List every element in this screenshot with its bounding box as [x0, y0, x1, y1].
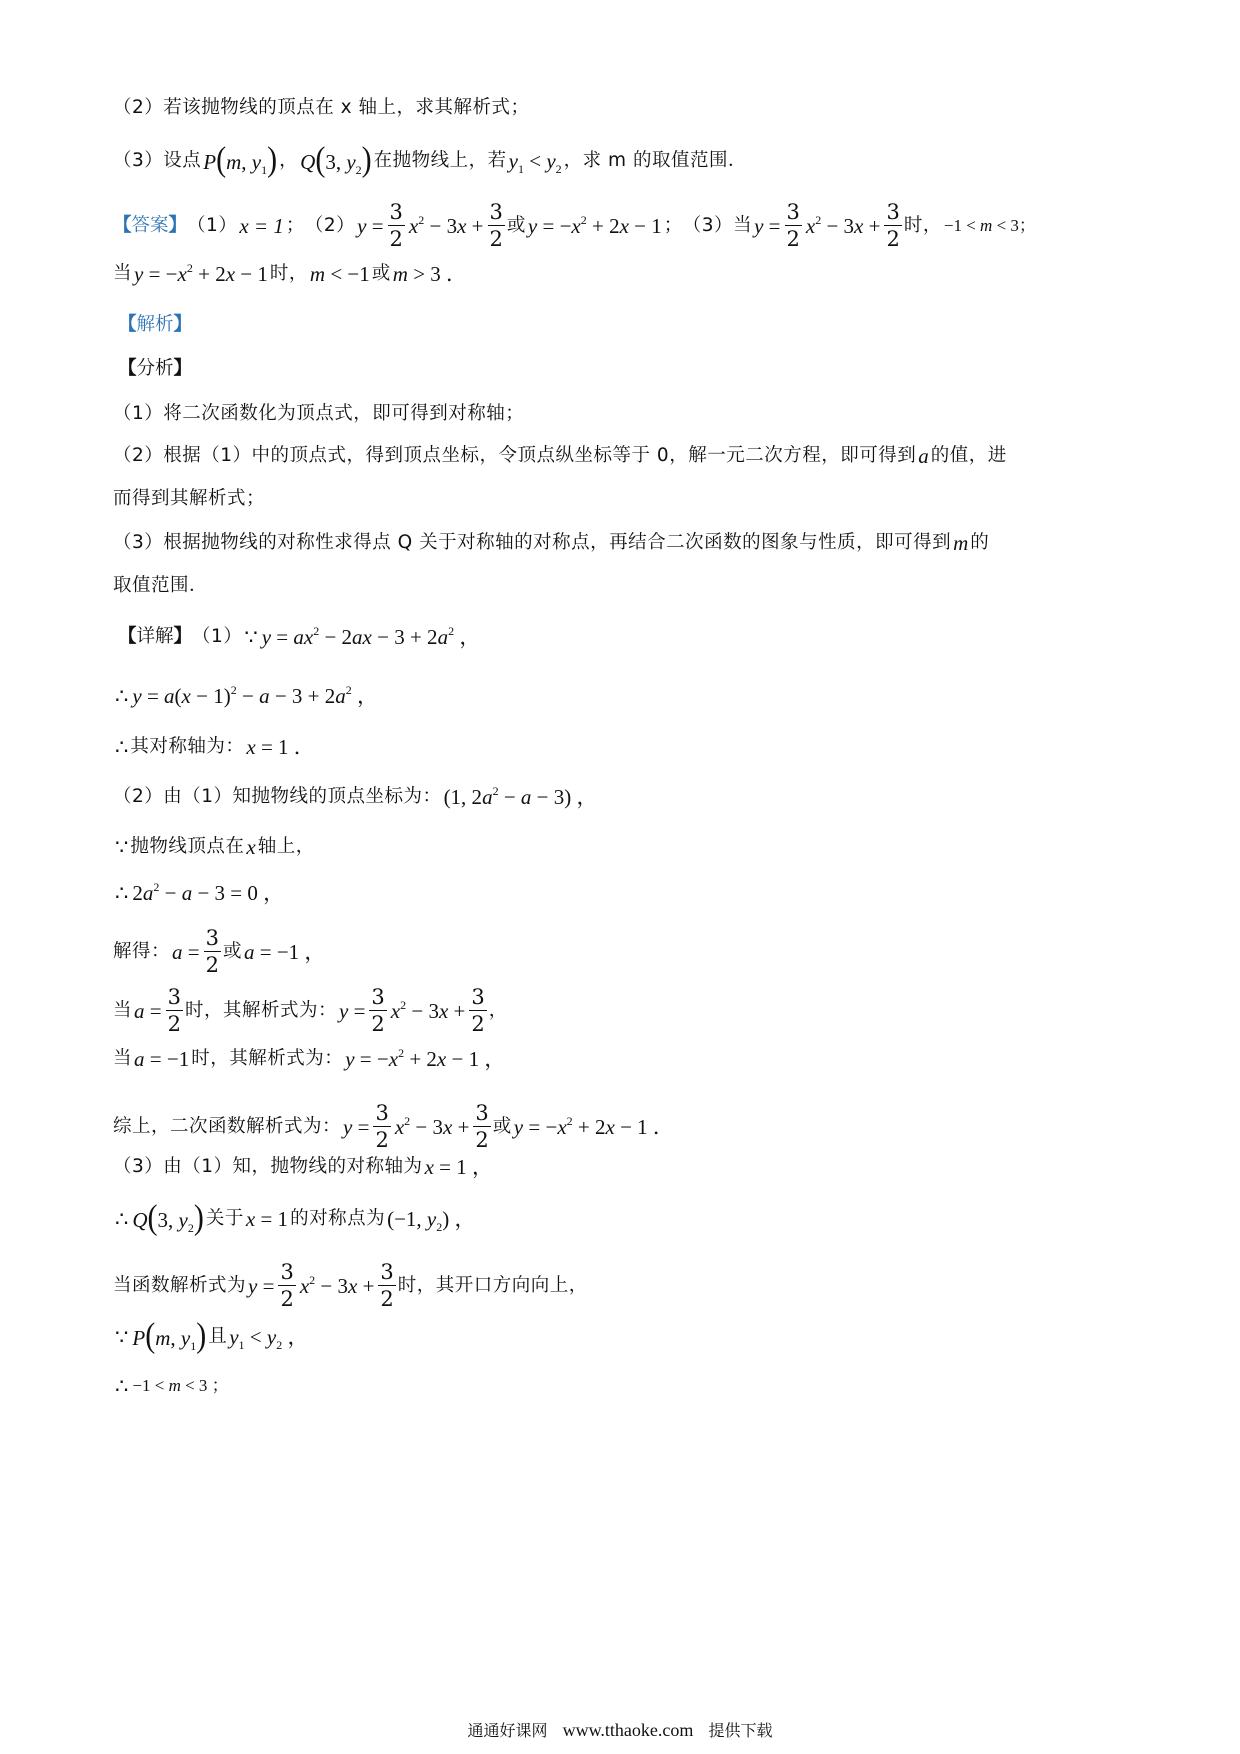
question-number: （3） [113, 147, 163, 175]
detail-expr: x = 1 ， [423, 1153, 495, 1181]
detail-expr: a = −1 ， [242, 938, 327, 966]
detail-text: 且 [208, 1323, 227, 1351]
detail-expr: y = [341, 1113, 371, 1141]
analysis-text: （1）将二次函数化为顶点式，即可得到对称轴； [113, 400, 524, 428]
fraction: 32 [373, 1103, 390, 1151]
analysis-item-3: （3）根据抛物线的对称性求得点 Q 关于对称轴的对称点，再结合二次函数的图象与性… [113, 529, 989, 557]
separator: ， [489, 997, 508, 1025]
separator: ； [286, 212, 305, 240]
because-symbol: ∵ [113, 1323, 130, 1351]
fraction: 32 [388, 202, 405, 250]
detail-text: 由（1）知，抛物线的对称轴为 [163, 1153, 422, 1181]
fraction: 32 [378, 1262, 395, 1310]
therefore-symbol: ∴ [113, 879, 130, 907]
analysis-text: （2）根据（1）中的顶点式，得到顶点坐标，令顶点纵坐标等于 0，解一元二次方程，… [113, 442, 916, 470]
when-text: 当 [733, 212, 752, 240]
detail-text: 解得： [113, 938, 170, 966]
expr-part: x2 − 3x + [804, 212, 883, 240]
separator: ， [279, 147, 298, 175]
answer-3-expr-b: y = −x2 + 2x − 1 [132, 260, 270, 288]
part-number: （3） [683, 212, 733, 240]
detail-expr: y = −x2 + 2x − 1 ． [512, 1113, 676, 1141]
detail-text: 关于 [206, 1205, 244, 1233]
footer-site-name: 通通好课网 [467, 1721, 547, 1740]
question-text: 设点 [163, 147, 201, 175]
because-symbol: ∵ [242, 623, 259, 651]
detail-text: 抛物线顶点在 [130, 833, 244, 861]
fraction: 32 [488, 202, 505, 250]
detail-expr: y1 < y2 ， [227, 1323, 310, 1351]
point-p: P(m, y1) [130, 1321, 208, 1352]
detail-text: 由（1）知抛物线的顶点坐标为： [163, 783, 441, 811]
variable: m [951, 529, 970, 557]
question-2: （2） 若该抛物线的顶点在 x 轴上，求其解析式； [113, 94, 530, 122]
detail-line-7: 解得： a = 32 或 a = −1 ， [113, 928, 327, 976]
therefore-symbol: ∴ [113, 1205, 130, 1233]
answer-3-range-b1: m < −1 [308, 260, 372, 288]
analysis-item-1: （1）将二次函数化为顶点式，即可得到对称轴； [113, 400, 524, 428]
detail-text: 的对称点为 [290, 1205, 385, 1233]
detail-text: 时，其解析式为： [185, 997, 337, 1025]
fraction: 32 [204, 928, 221, 976]
or-text: 或 [507, 212, 526, 240]
variable: x [244, 833, 257, 861]
detail-line-9: 当 a = −1 时，其解析式为： y = −x2 + 2x − 1 ， [113, 1045, 507, 1073]
detail-expr: (1, 2a2 − a − 3) ， [442, 783, 600, 811]
detail-line-11: （3） 由（1）知，抛物线的对称轴为 x = 1 ， [113, 1153, 495, 1181]
detail-expr: −1 < m < 3 ； [130, 1372, 230, 1400]
detail-label: 【详解】 [118, 623, 192, 651]
detail-text: 其对称轴为： [130, 733, 244, 761]
answer-3-range-a: −1 < m < 3； [942, 212, 1038, 240]
detail-line-3: ∴ 其对称轴为： x = 1 ． [113, 733, 317, 761]
fraction: 32 [469, 987, 486, 1035]
question-text: ，求 m 的取值范围． [564, 147, 747, 175]
detail-expr: x2 − 3x + [298, 1272, 377, 1300]
detail-line-8: 当 a = 32 时，其解析式为： y = 32 x2 − 3x + 32 ， [113, 987, 508, 1035]
fraction: 32 [369, 987, 386, 1035]
answer-2-expr-a: y = [355, 212, 385, 240]
detail-expr: a = −1 [132, 1045, 191, 1073]
answer-line-2: 当 y = −x2 + 2x − 1 时， m < −1 或 m > 3 ． [113, 260, 469, 288]
detail-text: 综上，二次函数解析式为： [113, 1113, 341, 1141]
point-p: P(m, y1) [201, 145, 279, 176]
because-symbol: ∵ [113, 833, 130, 861]
document-page: （2） 若该抛物线的顶点在 x 轴上，求其解析式； （3） 设点 P(m, y1… [0, 0, 1240, 1754]
question-text: 若该抛物线的顶点在 x 轴上，求其解析式； [163, 94, 529, 122]
detail-line-10: 综上，二次函数解析式为： y = 32 x2 − 3x + 32 或 y = −… [113, 1103, 676, 1151]
detail-expr: x = 1 [244, 1205, 290, 1233]
detail-line-4: （2） 由（1）知抛物线的顶点坐标为： (1, 2a2 − a − 3) ， [113, 783, 600, 811]
when-text: 当 [113, 1045, 132, 1073]
separator: ； [664, 212, 683, 240]
when-text: 当 [113, 997, 132, 1025]
when-text: 当 [113, 260, 132, 288]
detail-expr: a = [132, 997, 164, 1025]
fraction: 32 [884, 202, 901, 250]
part-number: （2） [113, 783, 163, 811]
detail-text: 轴上， [258, 833, 315, 861]
detail-expr: 2a2 − a − 3 = 0 ， [130, 879, 286, 907]
detail-expr: x2 − 3x + [393, 1113, 472, 1141]
detail-expr: (−1, y2) ， [385, 1205, 477, 1233]
question-text: 在抛物线上，若 [374, 147, 507, 175]
answer-label: 【答案】 [113, 212, 187, 240]
detail-expr: y = a(x − 1)2 − a − 3 + 2a2 ， [130, 682, 380, 710]
analysis-item-2-cont: 而得到其解析式； [113, 485, 265, 513]
analysis-heading: 【解析】 [118, 311, 192, 339]
analysis-sub-label: 【分析】 [118, 355, 192, 383]
detail-line-1: 【详解】 （1） ∵ y = ax2 − 2ax − 3 + 2a2 ， [118, 623, 482, 651]
therefore-symbol: ∴ [113, 1372, 130, 1400]
analysis-text: 的 [970, 529, 989, 557]
part-number: （1） [187, 212, 237, 240]
analysis-item-2: （2）根据（1）中的顶点式，得到顶点坐标，令顶点纵坐标等于 0，解一元二次方程，… [113, 442, 1007, 470]
detail-text: 当函数解析式为 [113, 1272, 246, 1300]
detail-line-13: 当函数解析式为 y = 32 x2 − 3x + 32 时，其开口方向向上， [113, 1262, 588, 1310]
fraction: 32 [278, 1262, 295, 1310]
time-text: 时， [904, 212, 942, 240]
condition: y1 < y2 [507, 147, 564, 175]
therefore-symbol: ∴ [113, 733, 130, 761]
analysis-label: 【解析】 [118, 311, 192, 339]
fraction: 32 [166, 987, 183, 1035]
variable: a [916, 442, 931, 470]
detail-line-14: ∵ P(m, y1) 且 y1 < y2 ， [113, 1321, 310, 1352]
detail-line-5: ∵ 抛物线顶点在 x 轴上， [113, 833, 315, 861]
analysis-text: 的值，进 [931, 442, 1007, 470]
footer-tail: 提供下载 [709, 1721, 773, 1740]
part-number: （1） [192, 623, 242, 651]
analysis-subheading: 【分析】 [118, 355, 192, 383]
analysis-text: 而得到其解析式； [113, 485, 265, 513]
therefore-symbol: ∴ [113, 682, 130, 710]
point-q: Q(3, y2) [298, 145, 374, 176]
analysis-text: 取值范围． [113, 572, 208, 600]
time-text: 时， [270, 260, 308, 288]
question-number: （2） [113, 94, 163, 122]
answer-line-1: 【答案】 （1） x = 1 ； （2） y = 32 x2 − 3x + 32… [113, 202, 1038, 250]
part-number: （3） [113, 1153, 163, 1181]
detail-expr: y = [246, 1272, 276, 1300]
detail-expr: x2 − 3x + [389, 997, 468, 1025]
answer-1-expr: x = 1 [237, 212, 286, 240]
question-3: （3） 设点 P(m, y1) ， Q(3, y2) 在抛物线上，若 y1 < … [113, 145, 747, 176]
or-text: 或 [372, 260, 391, 288]
analysis-item-3-cont: 取值范围． [113, 572, 208, 600]
fraction: 32 [473, 1103, 490, 1151]
footer-url[interactable]: www.tthaoke.com [563, 1720, 694, 1740]
analysis-text: （3）根据抛物线的对称性求得点 Q 关于对称轴的对称点，再结合二次函数的图象与性… [113, 529, 951, 557]
detail-line-2: ∴ y = a(x − 1)2 − a − 3 + 2a2 ， [113, 682, 380, 710]
fraction: 32 [785, 202, 802, 250]
answer-3-range-b2: m > 3 ． [391, 260, 469, 288]
detail-line-6: ∴ 2a2 − a − 3 = 0 ， [113, 879, 286, 907]
detail-expr: a = [170, 938, 202, 966]
detail-expr: y = [337, 997, 367, 1025]
part-number: （2） [305, 212, 355, 240]
expr-part: x2 − 3x + [407, 212, 486, 240]
or-text: 或 [493, 1113, 512, 1141]
point-q: Q(3, y2) [130, 1203, 206, 1234]
detail-line-15: ∴ −1 < m < 3 ； [113, 1372, 231, 1400]
detail-text: 时，其解析式为： [191, 1045, 343, 1073]
answer-2-expr-b: y = −x2 + 2x − 1 [526, 212, 664, 240]
detail-expr: y = ax2 − 2ax − 3 + 2a2 ， [260, 623, 483, 651]
detail-expr: x = 1 ． [244, 733, 316, 761]
detail-text: 时，其开口方向向上， [398, 1272, 588, 1300]
detail-expr: y = −x2 + 2x − 1 ， [343, 1045, 507, 1073]
expr-part: y = [752, 212, 782, 240]
footer: 通通好课网 www.tthaoke.com 提供下载 [0, 1718, 1240, 1741]
detail-line-12: ∴ Q(3, y2) 关于 x = 1 的对称点为 (−1, y2) ， [113, 1203, 478, 1234]
or-text: 或 [223, 938, 242, 966]
